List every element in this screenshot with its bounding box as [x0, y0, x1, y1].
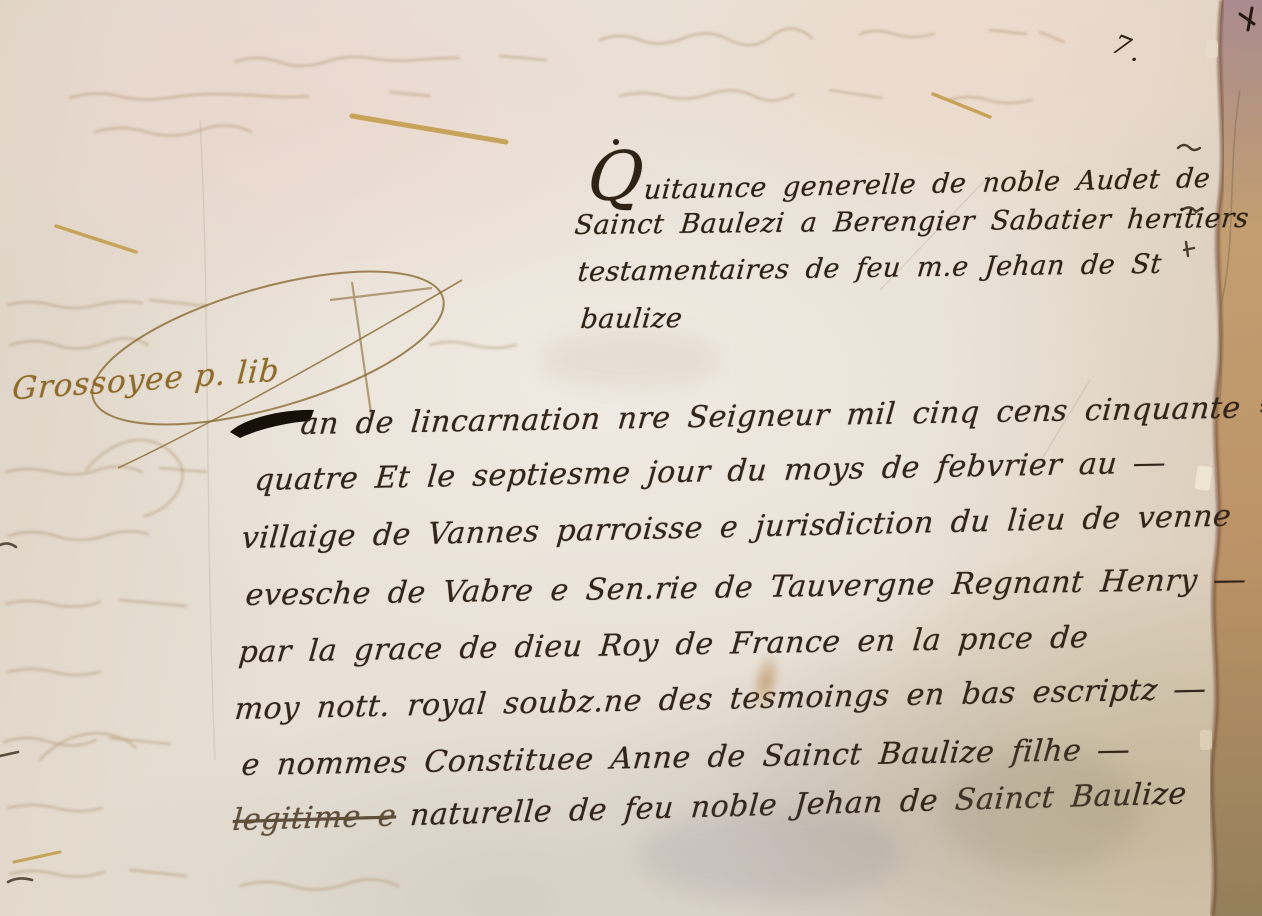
paper-blotch	[940, 750, 1140, 870]
paper-blotch	[540, 330, 720, 390]
paper-blotch	[640, 810, 900, 900]
struck-word: legitime e	[232, 798, 398, 838]
manuscript-page: 7. Quitaunce generelle de noble Audet de…	[0, 0, 1262, 916]
